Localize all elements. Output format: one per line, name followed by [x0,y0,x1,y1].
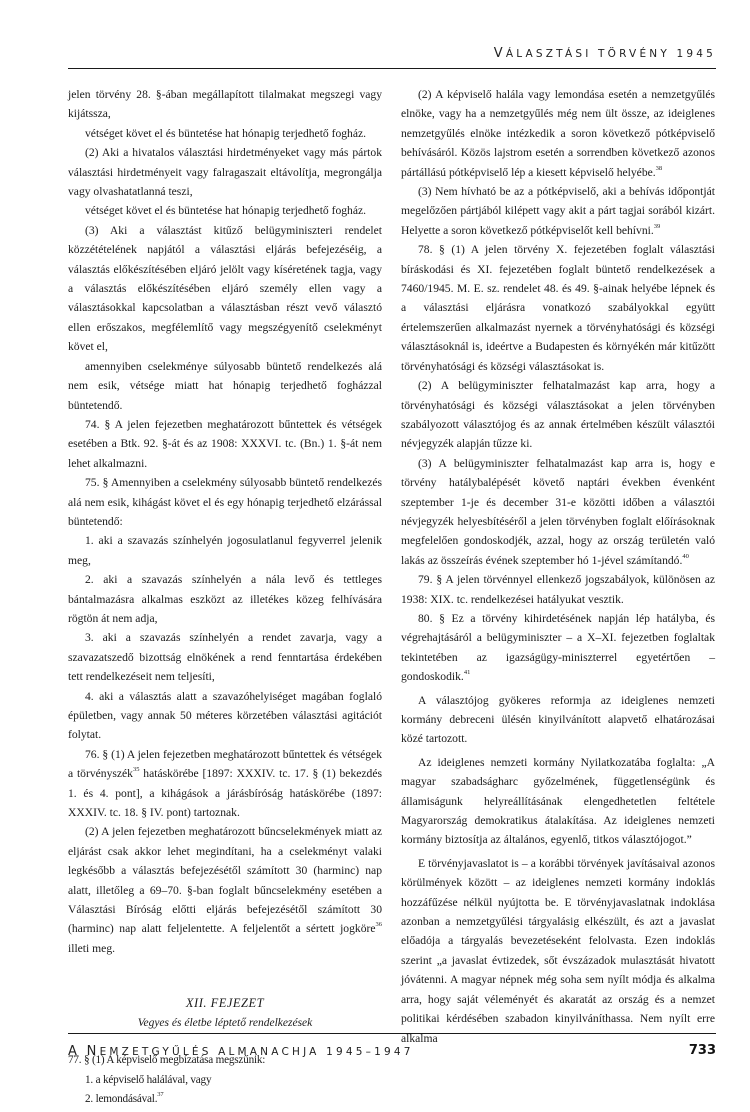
list-item: 4. aki a választás alatt a szavazóhelyis… [68,687,382,745]
chapter-heading: XII. FEJEZET Vegyes és életbe léptető re… [68,994,382,1033]
paragraph-section-75: 75. § Amennyiben a cselekmény súlyosabb … [68,473,382,531]
commentary-paragraph: E törvényjavaslatot is – a korábbi törvé… [401,854,715,1048]
paragraph-section-80: 80. § Ez a törvény kihirdetésének napján… [401,609,715,687]
paragraph-section-77-3: (3) Nem hívható be az a pótképviselő, ak… [401,182,715,240]
text: illeti meg. [68,942,115,955]
list-item: 2. lemondásával.37 [68,1090,382,1109]
paragraph-section-76-1: 76. § (1) A jelen fejezetben meghatározo… [68,745,382,823]
text: (3) A belügyminiszter felhatalmazást kap… [401,457,715,567]
paragraph-section-74: 74. § A jelen fejezetben meghatározott b… [68,415,382,473]
chapter-subtitle: Vegyes és életbe léptető rendelkezések [68,1014,382,1033]
footer-initial: A [68,1044,80,1059]
paragraph-section-78-2: (2) A belügyminiszter felhatalmazást kap… [401,376,715,454]
list-item: 3. aki a szavazás színhelyén a rendet za… [68,628,382,686]
paragraph: amennyiben cselekménye súlyosabb büntető… [68,357,382,415]
text: (2) A jelen fejezetben meghatározott bűn… [68,825,382,935]
paragraph: vétséget követ el és büntetése hat hónap… [68,201,382,220]
list-item: 2. aki a szavazás színhelyén a nála levő… [68,570,382,628]
paragraph-section-79: 79. § A jelen törvénnyel ellenkező jogsz… [401,570,715,609]
commentary-paragraph: Az ideiglenes nemzeti kormány Nyilatkoza… [401,753,715,850]
running-head-text: ÁLASZTÁSI TÖRVÉNY 1945 [506,48,716,60]
footnote-ref[interactable]: 40 [682,553,689,560]
paragraph: (2) Aki a hivatalos választási hirdetmén… [68,143,382,201]
paragraph: jelen törvény 28. §-ában megállapított t… [68,85,382,124]
text: 2. lemondásával. [85,1093,157,1105]
commentary-paragraph: A választójog gyökeres reformja az ideig… [401,691,715,749]
header-rule [68,68,716,69]
paragraph-section-78-1: 78. § (1) A jelen törvény X. fejezetében… [401,240,715,376]
list-item: 1. a képviselő halálával, vagy [68,1071,382,1090]
right-column: (2) A képviselő halála vagy lemondása es… [401,85,715,1048]
paragraph-section-76-2: (2) A jelen fejezetben meghatározott bűn… [68,822,382,958]
footer-initial: N [87,1044,100,1059]
text: 80. § Ez a törvény kihirdetésének napján… [401,612,715,683]
running-head: VÁLASZTÁSI TÖRVÉNY 1945 [480,46,716,61]
left-column: jelen törvény 28. §-ában megállapított t… [68,85,382,1109]
paragraph: (3) Aki a választást kitűző belügyminisz… [68,221,382,357]
text: (2) A képviselő halála vagy lemondása es… [401,88,715,179]
footnote-ref[interactable]: 37 [157,1091,163,1098]
footnote-ref[interactable]: 38 [656,165,663,172]
footnote-ref[interactable]: 41 [464,669,471,676]
page-number: 733 [680,1043,716,1058]
paragraph-section-78-3: (3) A belügyminiszter felhatalmazást kap… [401,454,715,570]
paragraph: vétséget követ el és büntetése hat hónap… [68,124,382,143]
paragraph-section-77-2: (2) A képviselő halála vagy lemondása es… [401,85,715,182]
footer-title: A NEMZETGYŰLÉS ALMANACHJA 1945–1947 [68,1044,414,1059]
footnote-ref[interactable]: 36 [376,921,383,928]
footer-rule [68,1033,716,1034]
chapter-title: XII. FEJEZET [68,994,382,1013]
text: (3) Nem hívható be az a pótképviselő, ak… [401,185,715,237]
footnote-ref[interactable]: 39 [654,223,661,230]
list-item: 1. aki a szavazás színhelyén jogosulatla… [68,531,382,570]
footer-text: EMZETGYŰLÉS ALMANACHJA 1945–1947 [100,1046,414,1058]
running-head-initial: V [494,46,506,61]
